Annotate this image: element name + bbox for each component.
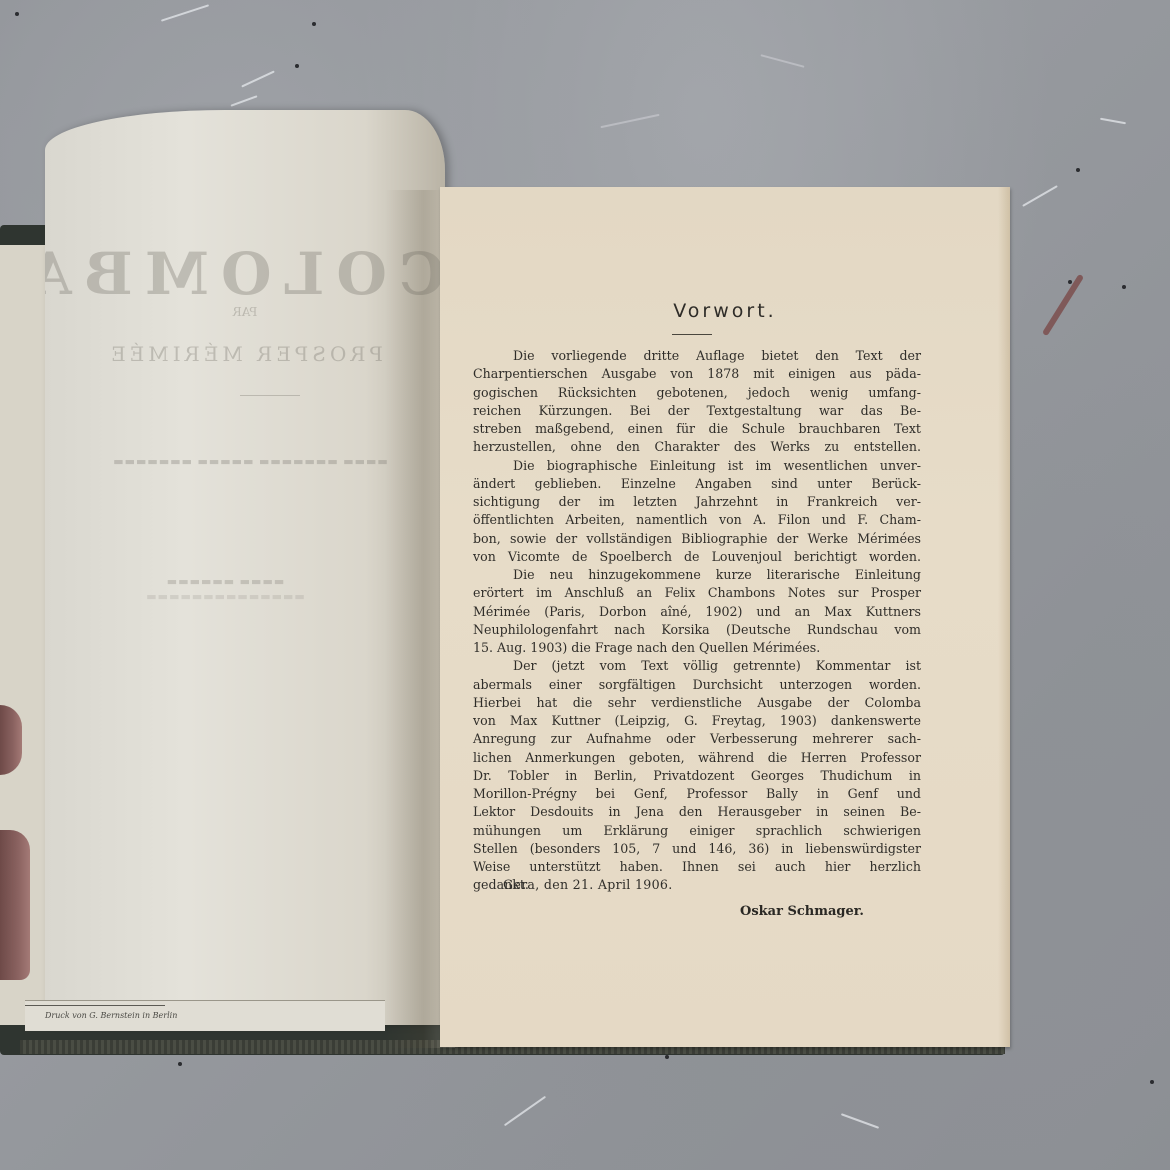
finger — [0, 705, 22, 775]
paragraph: Der (jetzt vom Text völlig getrennte) Ko… — [473, 657, 921, 894]
page-heading: Vorwort. — [440, 300, 1010, 322]
finger — [0, 830, 30, 980]
heading-rule — [672, 334, 712, 335]
dateline: Gera, den 21. April 1906. — [503, 877, 673, 892]
imprint-rule — [25, 1005, 165, 1006]
paragraph: Die vorliegende dritte Auflage bietet de… — [473, 347, 921, 457]
author-signature: Oskar Schmager. — [740, 904, 864, 919]
show-through-rule — [240, 395, 300, 396]
preface-body: Die vorliegende dritte Auflage bietet de… — [473, 347, 921, 895]
right-page[interactable]: Vorwort. Die vorliegende dritte Auflage … — [440, 187, 1010, 1047]
printer-imprint: Druck von G. Bernstein in Berlin — [45, 1011, 177, 1020]
paragraph: Die biographische Einleitung ist im wese… — [473, 457, 921, 567]
paragraph: Die neu hinzugekommene kurze literarisch… — [473, 566, 921, 657]
stain-mark — [1042, 274, 1084, 337]
